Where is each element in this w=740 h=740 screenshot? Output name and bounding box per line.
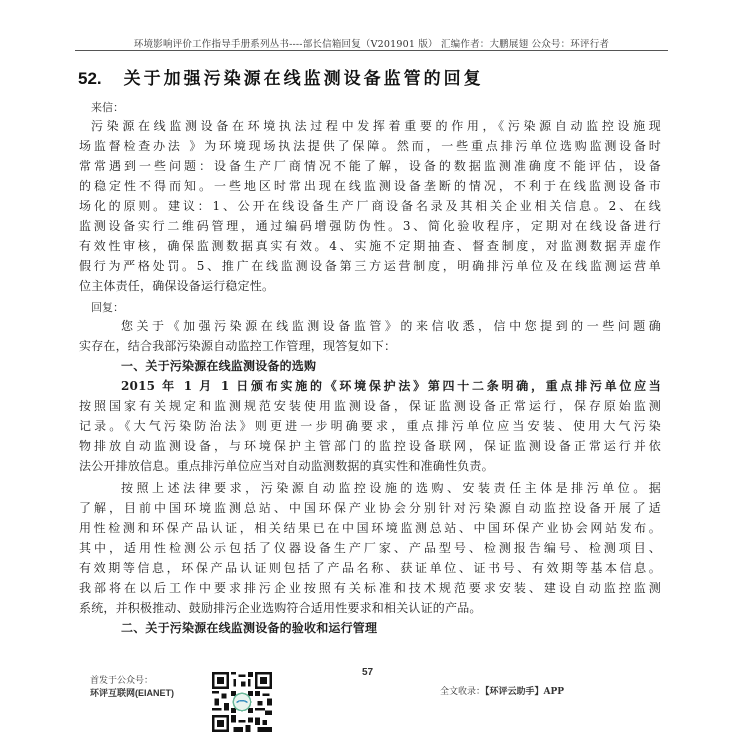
publisher-brand: 环评互联网(EIANET)	[90, 687, 174, 699]
reply-intro-line: 您关于《加强污染源在线监测设备监管》的来信收悉，信中您提到的一些问题确	[79, 316, 661, 336]
para2-line: 按照上述法律要求，污染源自动监控设施的选购、安装责任主体是排污单位。据	[79, 478, 661, 498]
document-page: 环境影响评价工作指导手册系列丛书----部长信箱回复（V201901 版） 汇编…	[0, 0, 740, 740]
first-published-label: 首发于公众号：	[90, 675, 174, 687]
para2-line: 其中，适用性检测公示包括了仪器设备生产厂家、产品型号、检测报告编号、检测项目、	[79, 538, 661, 558]
para1-line-text: 2015 年 1 月 1 日颁布实施的《环境保护法》第四十二条明确，重点排污单位…	[121, 379, 661, 393]
footer-collection: 全文收录：【环评云助手】APP	[440, 684, 564, 697]
letter-line: 有效性审核，确保监测数据真实有效。4、实施不定期抽查、督查制度，对监测数据弄虚作	[79, 236, 661, 256]
letter-label: 来信：	[79, 100, 661, 116]
title-text: 关于加强污染源在线监测设备监管的回复	[124, 69, 484, 89]
page-title: 52.关于加强污染源在线监测设备监管的回复	[78, 64, 484, 89]
letter-line: 假行为严格处罚。5、推广在线监测设备第三方运营制度，明确排污单位及在线监测运营单	[79, 256, 661, 276]
para1-line: 2015 年 1 月 1 日颁布实施的《环境保护法》第四十二条明确，重点排污单位…	[79, 376, 661, 396]
section-heading-1: 一、关于污染源在线监测设备的选购	[79, 356, 661, 376]
reply-intro-line: 实存在，结合我部污染源自动监控工作管理，现答复如下：	[79, 336, 661, 356]
letter-line: 污染源在线监测设备在环境执法过程中发挥着重要的作用，《污染源自动监控设施现	[79, 116, 661, 136]
running-header: 环境影响评价工作指导手册系列丛书----部长信箱回复（V201901 版） 汇编…	[75, 36, 668, 50]
para1-line: 记录。《大气污染防治法》则更进一步明确要求，重点排污单位应当安装、使用大气污染	[79, 416, 661, 436]
letter-line: 监测设备实行二维码管理，通过编码增强防伪性。3、简化验收程序，定期对在线设备进行	[79, 216, 661, 236]
para2-line: 用性检测和环保产品认证，相关结果已在中国环境监测总站、中国环保产业协会网站发布。	[79, 518, 661, 538]
title-number: 52.	[78, 69, 102, 88]
document-body: 来信： 污染源在线监测设备在环境执法过程中发挥着重要的作用，《污染源自动监控设施…	[79, 100, 661, 638]
qr-code-icon	[212, 672, 272, 732]
para2-line: 了解，目前中国环境监测总站、中国环保产业协会分别针对污染源自动监控设备开展了适	[79, 498, 661, 518]
letter-line: 的稳定性不得而知。一些地区时常出现在线监测设备垄断的情况，不利于在线监测设备市	[79, 176, 661, 196]
collection-app: 【环评云助手】APP	[485, 687, 564, 697]
para2-line: 系统，并积极推动、鼓励排污企业选购符合适用性要求和相关认证的产品。	[79, 598, 661, 618]
section-heading-2: 二、关于污染源在线监测设备的验收和运行管理	[79, 618, 661, 638]
para1-line: 法公开排放信息。重点排污单位应当对自动监测数据的真实性和准确性负责。	[79, 456, 661, 476]
reply-label: 回复：	[79, 300, 661, 316]
letter-line: 场化的原则。建议：1、公开在线设备生产厂商设备名录及其相关企业相关信息。2、在线	[79, 196, 661, 216]
para2-line: 我部将在以后工作中要求排污企业按照有关标准和技术规范要求安装、建设自动监控监测	[79, 578, 661, 598]
footer-publisher: 首发于公众号： 环评互联网(EIANET)	[90, 675, 174, 699]
letter-line: 场监督检查办法 》为环境现场执法提供了保障。然而，一些重点排污单位选购监测设备时	[79, 136, 661, 156]
header-rule	[75, 50, 668, 51]
para1-line: 按照国家有关规定和监测规范安装使用监测设备，保证监测设备正常运行，保存原始监测	[79, 396, 661, 416]
para1-line: 物排放自动监测设备，与环境保护主管部门的监控设备联网，保证监测设备正常运行并依	[79, 436, 661, 456]
letter-line: 位主体责任，确保设备运行稳定性。	[79, 276, 661, 296]
collection-label: 全文收录：	[440, 687, 485, 697]
letter-line: 常常遇到一些问题：设备生产厂商情况不能了解，设备的数据监测准确度不能评估，设备	[79, 156, 661, 176]
para2-line: 有效期等信息，环保产品认证则包括了产品名称、获证单位、证书号、有效期等基本信息。	[79, 558, 661, 578]
page-number: 57	[362, 667, 373, 678]
